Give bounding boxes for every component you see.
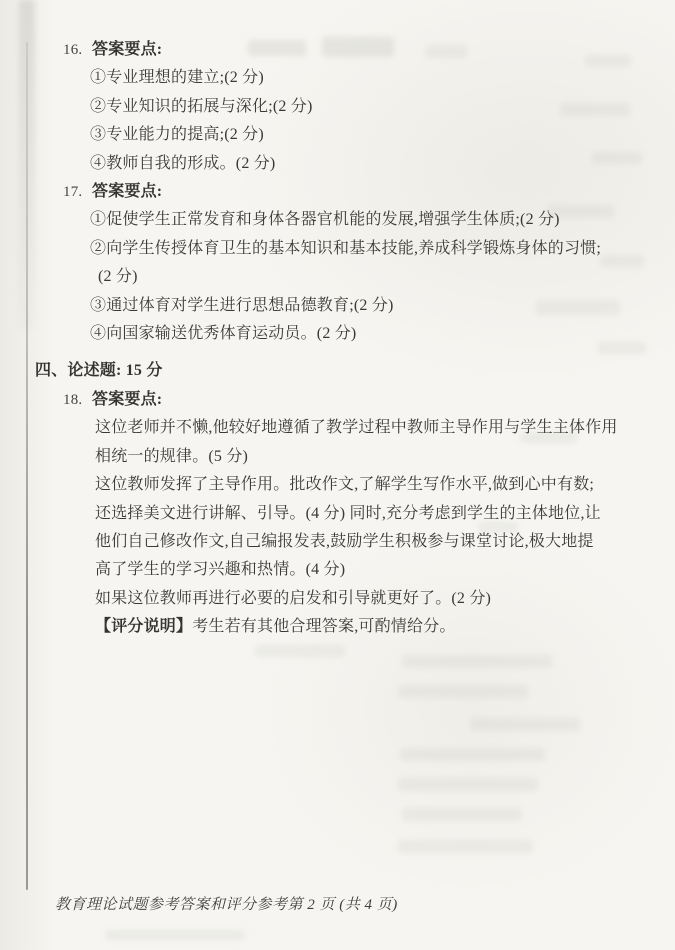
scoring-note-label: 【评分说明】 [95,618,192,635]
question-18-answer-line: 如果这位教师再进行必要的启发和引导就更好了。(2 分) [95,585,675,613]
question-18-answer-line: 这位老师并不懒,他较好地遵循了教学过程中教师主导作用与学生主体作用 [95,414,675,442]
bleed-through-smudge [402,655,552,668]
question-17-item-continuation: (2 分) [98,263,675,291]
question-16-item: ②专业知识的拓展与深化;(2 分) [90,93,675,121]
question-17-item: ①促使学生正常发育和身体各器官机能的发展,增强学生体质;(2 分) [90,206,675,234]
question-16-item: ④教师自我的形成。(2 分) [90,150,675,178]
bleed-through-smudge [400,748,545,761]
question-18-answer-line: 还选择美文进行讲解、引导。(4 分) 同时,充分考虑到学生的主体地位,让 [95,500,675,528]
question-17-item: ④向国家输送优秀体育运动员。(2 分) [90,320,675,348]
scoring-note-text: 考生若有其他合理答案,可酌情给分。 [192,618,455,635]
question-18-number: 18. [63,386,92,414]
bleed-through-smudge [255,645,345,657]
question-17-heading-row: 17.答案要点: [63,178,675,206]
bleed-through-smudge [105,930,245,940]
question-17-item: ②向学生传授体育卫生的基本知识和基本技能,养成科学锻炼身体的习惯; [90,235,675,263]
question-16-item: ①专业理想的建立;(2 分) [90,64,675,92]
scanned-document-page: 16.答案要点: ①专业理想的建立;(2 分) ②专业知识的拓展与深化;(2 分… [0,0,675,950]
bleed-through-smudge [402,808,522,821]
question-18-answer-line: 相统一的规律。(5 分) [95,443,675,471]
document-content: 16.答案要点: ①专业理想的建立;(2 分) ②专业知识的拓展与深化;(2 分… [0,36,675,642]
question-18-answer-line: 他们自己修改作文,自己编报发表,鼓励学生积极参与课堂讨论,极大地提 [95,528,675,556]
question-18-answer-line: 这位教师发挥了主导作用。批改作文,了解学生写作水平,做到心中有数; [95,471,675,499]
bleed-through-smudge [470,718,580,731]
question-16-heading-row: 16.答案要点: [63,36,675,64]
bleed-through-smudge [398,778,538,791]
question-16-number: 16. [63,36,92,64]
scoring-note-line: 【评分说明】考生若有其他合理答案,可酌情给分。 [95,613,675,641]
bleed-through-smudge [398,840,533,853]
section-4-heading: 四、论述题: 15 分 [35,357,675,385]
question-18-heading: 答案要点: [92,391,162,408]
question-18-heading-row: 18.答案要点: [63,386,675,414]
question-17-item: ③通过体育对学生进行思想品德教育;(2 分) [90,292,675,320]
question-16-item: ③专业能力的提高;(2 分) [90,121,675,149]
question-18-answer-line: 高了学生的学习兴趣和热情。(4 分) [95,556,675,584]
question-17-number: 17. [63,178,92,206]
question-16-heading: 答案要点: [92,41,162,58]
question-17-heading: 答案要点: [92,183,162,200]
bleed-through-smudge [398,685,528,698]
page-footer: 教育理论试题参考答案和评分参考第 2 页 (共 4 页) [55,893,398,914]
